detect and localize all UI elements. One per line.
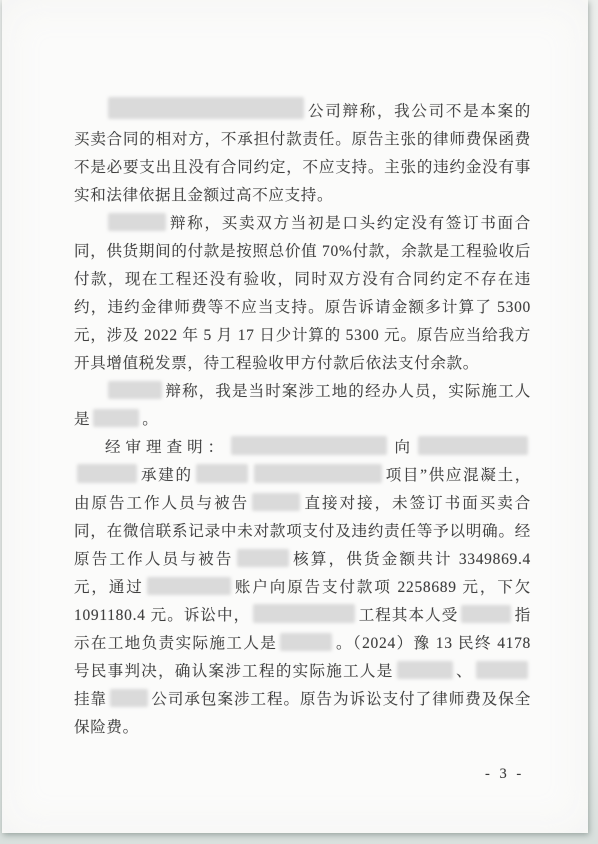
text-run: 承建的 <box>140 467 193 484</box>
document-body: 公司辩称，我公司不是本案的买卖合同的相对方，不承担付款责任。原告主张的律师费保函… <box>74 97 531 742</box>
text-run: 工程其本人受 <box>358 607 458 624</box>
paragraph: 辩称，买卖双方当初是口头约定没有签订书面合同，供货期间的付款是按照总价值 70%… <box>74 210 531 378</box>
page-number: - 3 - <box>485 766 524 783</box>
redaction-block <box>476 661 528 679</box>
text-run: 经审理查明： <box>105 439 228 456</box>
redaction-block <box>418 436 528 455</box>
redaction-block <box>108 97 304 119</box>
redaction-block <box>397 661 453 679</box>
redaction-block <box>280 633 332 651</box>
text-run: 辩称，买卖双方当初是口头约定没有签订书面合同，供货期间的付款是按照总价值 70%… <box>74 215 531 372</box>
redaction-block <box>147 577 231 595</box>
redaction-block <box>108 381 162 399</box>
redaction-block <box>237 549 289 567</box>
document-page: 公司辩称，我公司不是本案的买卖合同的相对方，不承担付款责任。原告主张的律师费保函… <box>2 0 588 833</box>
redaction-block <box>254 464 382 483</box>
redaction-block <box>196 464 248 483</box>
paragraph: 辩称，我是当时案涉工地的经办人员，实际施工人是。 <box>74 378 531 434</box>
paragraph: 经审理查明：向承建的项目”供应混凝土，由原告工作人员与被告直接对接，未签订书面买… <box>74 434 531 742</box>
text-run: 。 <box>142 411 158 428</box>
redaction-block <box>461 605 511 623</box>
redaction-block <box>77 464 137 483</box>
text-run: 、 <box>456 663 473 680</box>
redaction-block <box>108 213 166 231</box>
redaction-block <box>253 604 355 623</box>
redaction-block <box>93 409 139 427</box>
text-run: 挂靠 <box>74 691 107 708</box>
paragraph: 公司辩称，我公司不是本案的买卖合同的相对方，不承担付款责任。原告主张的律师费保函… <box>74 97 531 210</box>
redaction-block <box>231 436 387 455</box>
scan-background: 公司辩称，我公司不是本案的买卖合同的相对方，不承担付款责任。原告主张的律师费保函… <box>0 0 598 844</box>
redaction-block <box>110 689 148 707</box>
redaction-block <box>252 493 300 511</box>
text-run: 向 <box>390 439 415 456</box>
